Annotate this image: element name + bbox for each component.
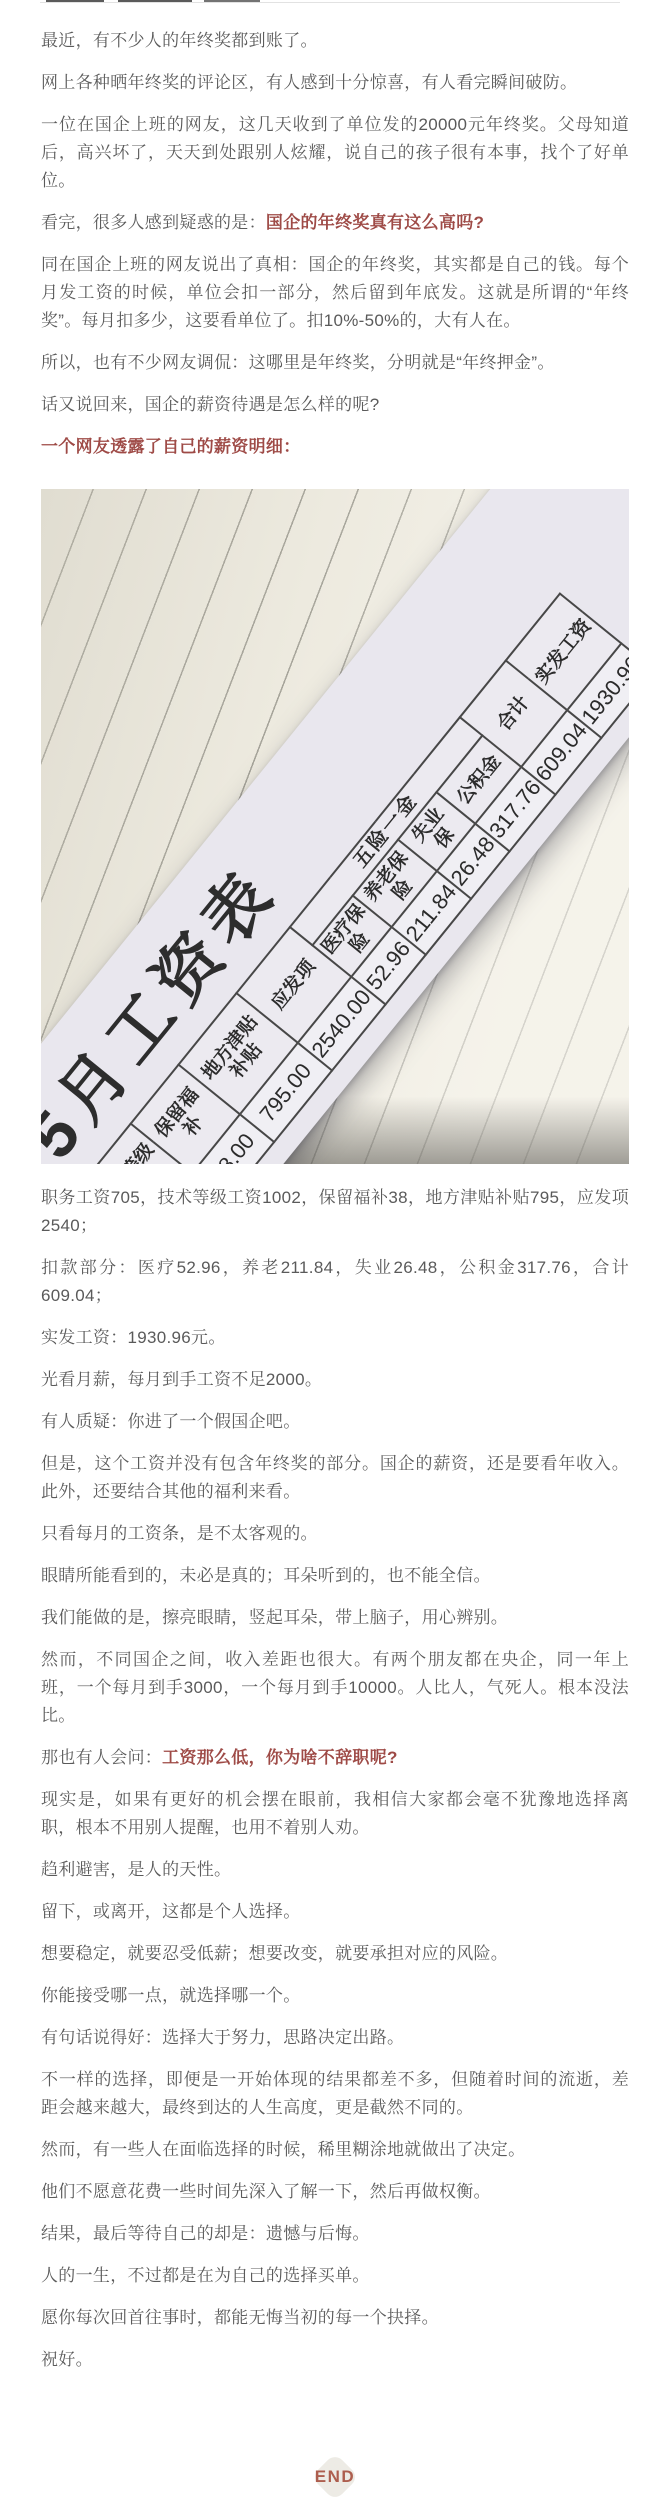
paragraph-group-bottom: 职务工资705，技术等级工资1002，保留福补38，地方津贴补贴795，应发项2… (41, 1184, 629, 2374)
body-text: 现实是，如果有更好的机会摆在眼前，我相信大家都会毫不犹豫地选择离职，根本不用别人… (41, 1790, 629, 1837)
body-text: 网上各种晒年终奖的评论区，有人感到十分惊喜，有人看完瞬间破防。 (41, 73, 577, 92)
body-text: 有人质疑：你进了一个假国企吧。 (41, 1412, 301, 1431)
body-text: 结果，最后等待自己的却是：遗憾与后悔。 (41, 2224, 370, 2243)
paragraph: 职务工资705，技术等级工资1002，保留福补38，地方津贴补贴795，应发项2… (41, 1184, 629, 1240)
paragraph: 有句话说得好：选择大于努力，思路决定出路。 (41, 2024, 629, 2052)
clipped-text-remnant (0, 0, 670, 5)
salary-slip-photo[interactable]: 5月工资表 职务工资技术等级工资保留福补地方津贴补贴应发项五险一金合计实发工资医… (41, 489, 629, 1164)
end-badge: END (310, 2452, 360, 2502)
body-text: 最近，有不少人的年终奖都到账了。 (41, 31, 318, 50)
body-text: 眼睛所能看到的，未必是真的；耳朵听到的，也不能全信。 (41, 1566, 491, 1585)
paragraph-group-top: 最近，有不少人的年终奖都到账了。网上各种晒年终奖的评论区，有人感到十分惊喜，有人… (41, 27, 629, 461)
body-text: 留下，或离开，这都是个人选择。 (41, 1902, 301, 1921)
body-text: 然而，有一些人在面临选择的时候，稀里糊涂地就做出了决定。 (41, 2140, 525, 2159)
body-text: 然而，不同国企之间，收入差距也很大。有两个朋友都在央企，同一年上班，一个每月到手… (41, 1650, 629, 1725)
body-text: 但是，这个工资并没有包含年终奖的部分。国企的薪资，还是要看年收入。此外，还要结合… (41, 1454, 629, 1501)
paragraph: 眼睛所能看到的，未必是真的；耳朵听到的，也不能全信。 (41, 1562, 629, 1590)
body-text: 你能接受哪一点，就选择哪一个。 (41, 1986, 301, 2005)
paragraph: 他们不愿意花费一些时间先深入了解一下，然后再做权衡。 (41, 2178, 629, 2206)
body-text: 光看月薪，每月到手工资不足2000。 (41, 1370, 322, 1389)
paragraph: 扣款部分：医疗52.96，养老211.84，失业26.48，公积金317.76，… (41, 1254, 629, 1310)
paragraph: 我们能做的是，擦亮眼睛，竖起耳朵，带上脑子，用心辨别。 (41, 1604, 629, 1632)
body-text: 话又说回来，国企的薪资待遇是怎么样的呢? (41, 395, 379, 414)
paragraph: 祝好。 (41, 2346, 629, 2374)
emphasis-text: 一个网友透露了自己的薪资明细： (41, 437, 301, 456)
body-text: 扣款部分：医疗52.96，养老211.84，失业26.48，公积金317.76，… (41, 1258, 629, 1305)
paragraph: 网上各种晒年终奖的评论区，有人感到十分惊喜，有人看完瞬间破防。 (41, 69, 629, 97)
body-text: 有句话说得好：选择大于努力，思路决定出路。 (41, 2028, 404, 2047)
body-text: 人的一生，不过都是在为自己的选择买单。 (41, 2266, 370, 2285)
paragraph: 结果，最后等待自己的却是：遗憾与后悔。 (41, 2220, 629, 2248)
paragraph: 同在国企上班的网友说出了真相：国企的年终奖，其实都是自己的钱。每个月发工资的时候… (41, 251, 629, 335)
emphasis-text: 工资那么低，你为啥不辞职呢? (162, 1748, 398, 1767)
body-text: 一位在国企上班的网友，这几天收到了单位发的20000元年终奖。父母知道后，高兴坏… (41, 115, 629, 190)
paragraph: 看完，很多人感到疑惑的是：国企的年终奖真有这么高吗? (41, 209, 629, 237)
paragraph: 趋利避害，是人的天性。 (41, 1856, 629, 1884)
article-body: 最近，有不少人的年终奖都到账了。网上各种晒年终奖的评论区，有人感到十分惊喜，有人… (0, 5, 670, 2514)
body-text: 同在国企上班的网友说出了真相：国企的年终奖，其实都是自己的钱。每个月发工资的时候… (41, 255, 629, 330)
paragraph: 然而，有一些人在面临选择的时候，稀里糊涂地就做出了决定。 (41, 2136, 629, 2164)
body-text: 趋利避害，是人的天性。 (41, 1860, 231, 1879)
paragraph: 人的一生，不过都是在为自己的选择买单。 (41, 2262, 629, 2290)
paragraph: 愿你每次回首往事时，都能无悔当初的每一个抉择。 (41, 2304, 629, 2332)
emphasis-text: 国企的年终奖真有这么高吗? (266, 213, 484, 232)
paragraph: 实发工资：1930.96元。 (41, 1324, 629, 1352)
body-text: 我们能做的是，擦亮眼睛，竖起耳朵，带上脑子，用心辨别。 (41, 1608, 508, 1627)
paragraph: 光看月薪，每月到手工资不足2000。 (41, 1366, 629, 1394)
body-text: 只看每月的工资条，是不太客观的。 (41, 1524, 318, 1543)
paragraph: 想要稳定，就要忍受低薪；想要改变，就要承担对应的风险。 (41, 1940, 629, 1968)
body-text: 他们不愿意花费一些时间先深入了解一下，然后再做权衡。 (41, 2182, 491, 2201)
paragraph: 话又说回来，国企的薪资待遇是怎么样的呢? (41, 391, 629, 419)
end-label: END (315, 2467, 355, 2487)
paragraph: 留下，或离开，这都是个人选择。 (41, 1898, 629, 1926)
body-text: 愿你每次回首往事时，都能无悔当初的每一个抉择。 (41, 2308, 439, 2327)
paragraph: 然而，不同国企之间，收入差距也很大。有两个朋友都在央企，同一年上班，一个每月到手… (41, 1646, 629, 1730)
body-text: 那也有人会问： (41, 1748, 162, 1767)
paragraph: 所以，也有不少网友调侃：这哪里是年终奖，分明就是“年终押金”。 (41, 349, 629, 377)
paragraph: 现实是，如果有更好的机会摆在眼前，我相信大家都会毫不犹豫地选择离职，根本不用别人… (41, 1786, 629, 1842)
body-text: 看完，很多人感到疑惑的是： (41, 213, 266, 232)
body-text: 想要稳定，就要忍受低薪；想要改变，就要承担对应的风险。 (41, 1944, 508, 1963)
paragraph: 一个网友透露了自己的薪资明细： (41, 433, 629, 461)
body-text: 祝好。 (41, 2350, 93, 2369)
body-text: 实发工资：1930.96元。 (41, 1328, 226, 1347)
article-end: END (41, 2452, 629, 2514)
body-text: 职务工资705，技术等级工资1002，保留福补38，地方津贴补贴795，应发项2… (41, 1188, 629, 1235)
divider (40, 2, 620, 3)
paragraph: 那也有人会问：工资那么低，你为啥不辞职呢? (41, 1744, 629, 1772)
body-text: 不一样的选择，即便是一开始体现的结果都差不多，但随着时间的流逝，差距会越来越大，… (41, 2070, 629, 2117)
paragraph: 你能接受哪一点，就选择哪一个。 (41, 1982, 629, 2010)
paragraph: 只看每月的工资条，是不太客观的。 (41, 1520, 629, 1548)
paragraph: 最近，有不少人的年终奖都到账了。 (41, 27, 629, 55)
paragraph: 一位在国企上班的网友，这几天收到了单位发的20000元年终奖。父母知道后，高兴坏… (41, 111, 629, 195)
paragraph: 但是，这个工资并没有包含年终奖的部分。国企的薪资，还是要看年收入。此外，还要结合… (41, 1450, 629, 1506)
paragraph: 不一样的选择，即便是一开始体现的结果都差不多，但随着时间的流逝，差距会越来越大，… (41, 2066, 629, 2122)
paragraph: 有人质疑：你进了一个假国企吧。 (41, 1408, 629, 1436)
body-text: 所以，也有不少网友调侃：这哪里是年终奖，分明就是“年终押金”。 (41, 353, 555, 372)
